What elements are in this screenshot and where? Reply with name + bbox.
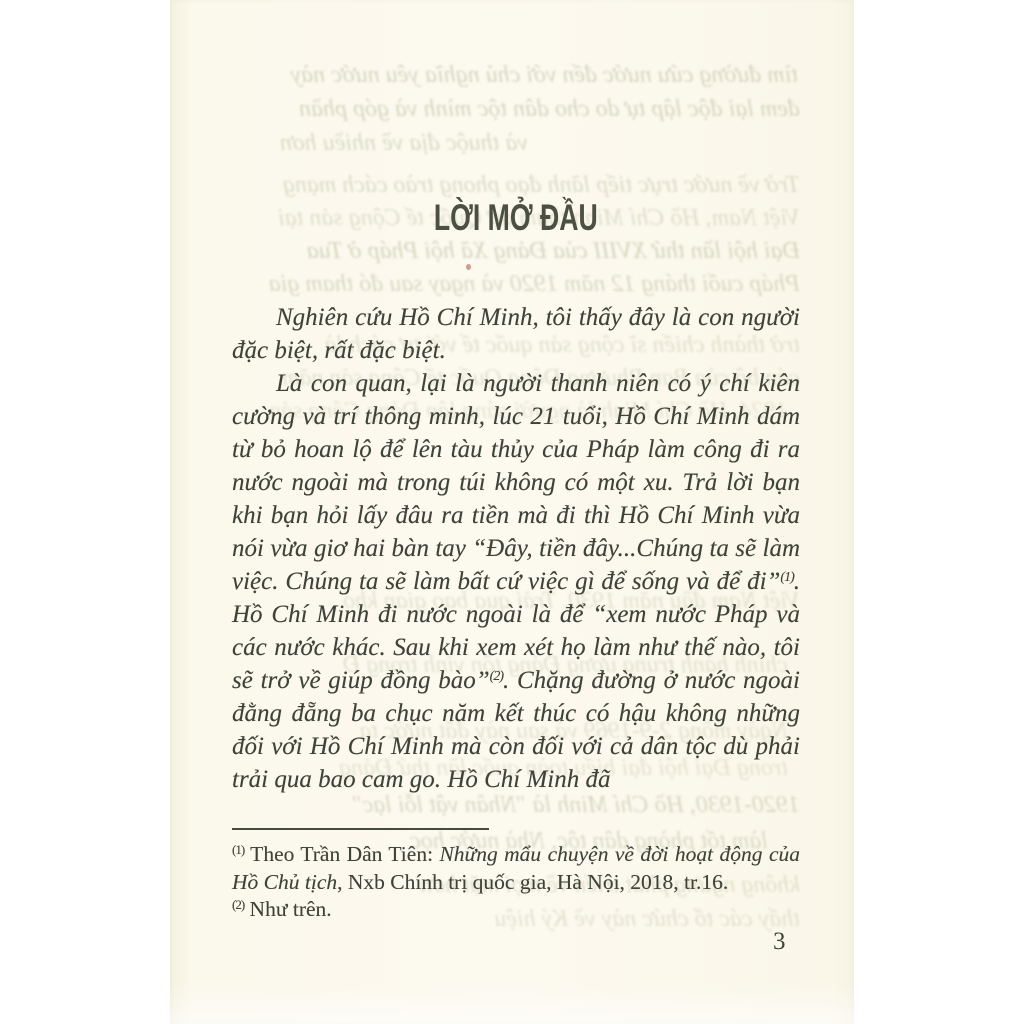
footnote-1-marker: (1) (232, 842, 244, 857)
footnote-1-text: Theo Trần Dân Tiên: (244, 842, 439, 866)
page-title: LỜI MỞ ĐẦU (232, 198, 800, 238)
paragraph-1-text: Nghiên cứu Hồ Chí Minh, tôi thấy đây là … (232, 304, 800, 364)
paragraph-2-segment: Là con quan, lại là người thanh niên có … (232, 370, 800, 595)
footnote-separator-rule (232, 828, 489, 830)
footnote-2-marker: (2) (232, 897, 244, 912)
footnote-reference-1: (1) (780, 570, 793, 585)
book-page-scan: tìm đường cứu nước đến với chủ nghĩa yêu… (0, 0, 1024, 1024)
page-title-text: LỜI MỞ ĐẦU (434, 198, 598, 238)
footnote-reference-2: (2) (490, 669, 503, 684)
footnote-2: (2) Như trên. (232, 896, 800, 924)
page-number: 3 (773, 928, 786, 956)
footnote-1: (1) Theo Trần Dân Tiên: Những mẩu chuyện… (232, 841, 800, 896)
body-text: Nghiên cứu Hồ Chí Minh, tôi thấy đây là … (232, 301, 800, 796)
footnote-2-text: Như trên. (244, 897, 331, 921)
paragraph: Nghiên cứu Hồ Chí Minh, tôi thấy đây là … (232, 301, 800, 367)
footnotes: (1) Theo Trần Dân Tiên: Những mẩu chuyện… (232, 841, 800, 924)
paragraph: Là con quan, lại là người thanh niên có … (232, 367, 800, 796)
page: tìm đường cứu nước đến với chủ nghĩa yêu… (170, 0, 854, 1024)
footnote-1-text: , Nxb Chính trị quốc gia, Hà Nội, 2018, … (337, 870, 728, 894)
printed-content: LỜI MỞ ĐẦU Nghiên cứu Hồ Chí Minh, tôi t… (170, 0, 854, 1024)
scan-artifact-speck (466, 264, 471, 270)
